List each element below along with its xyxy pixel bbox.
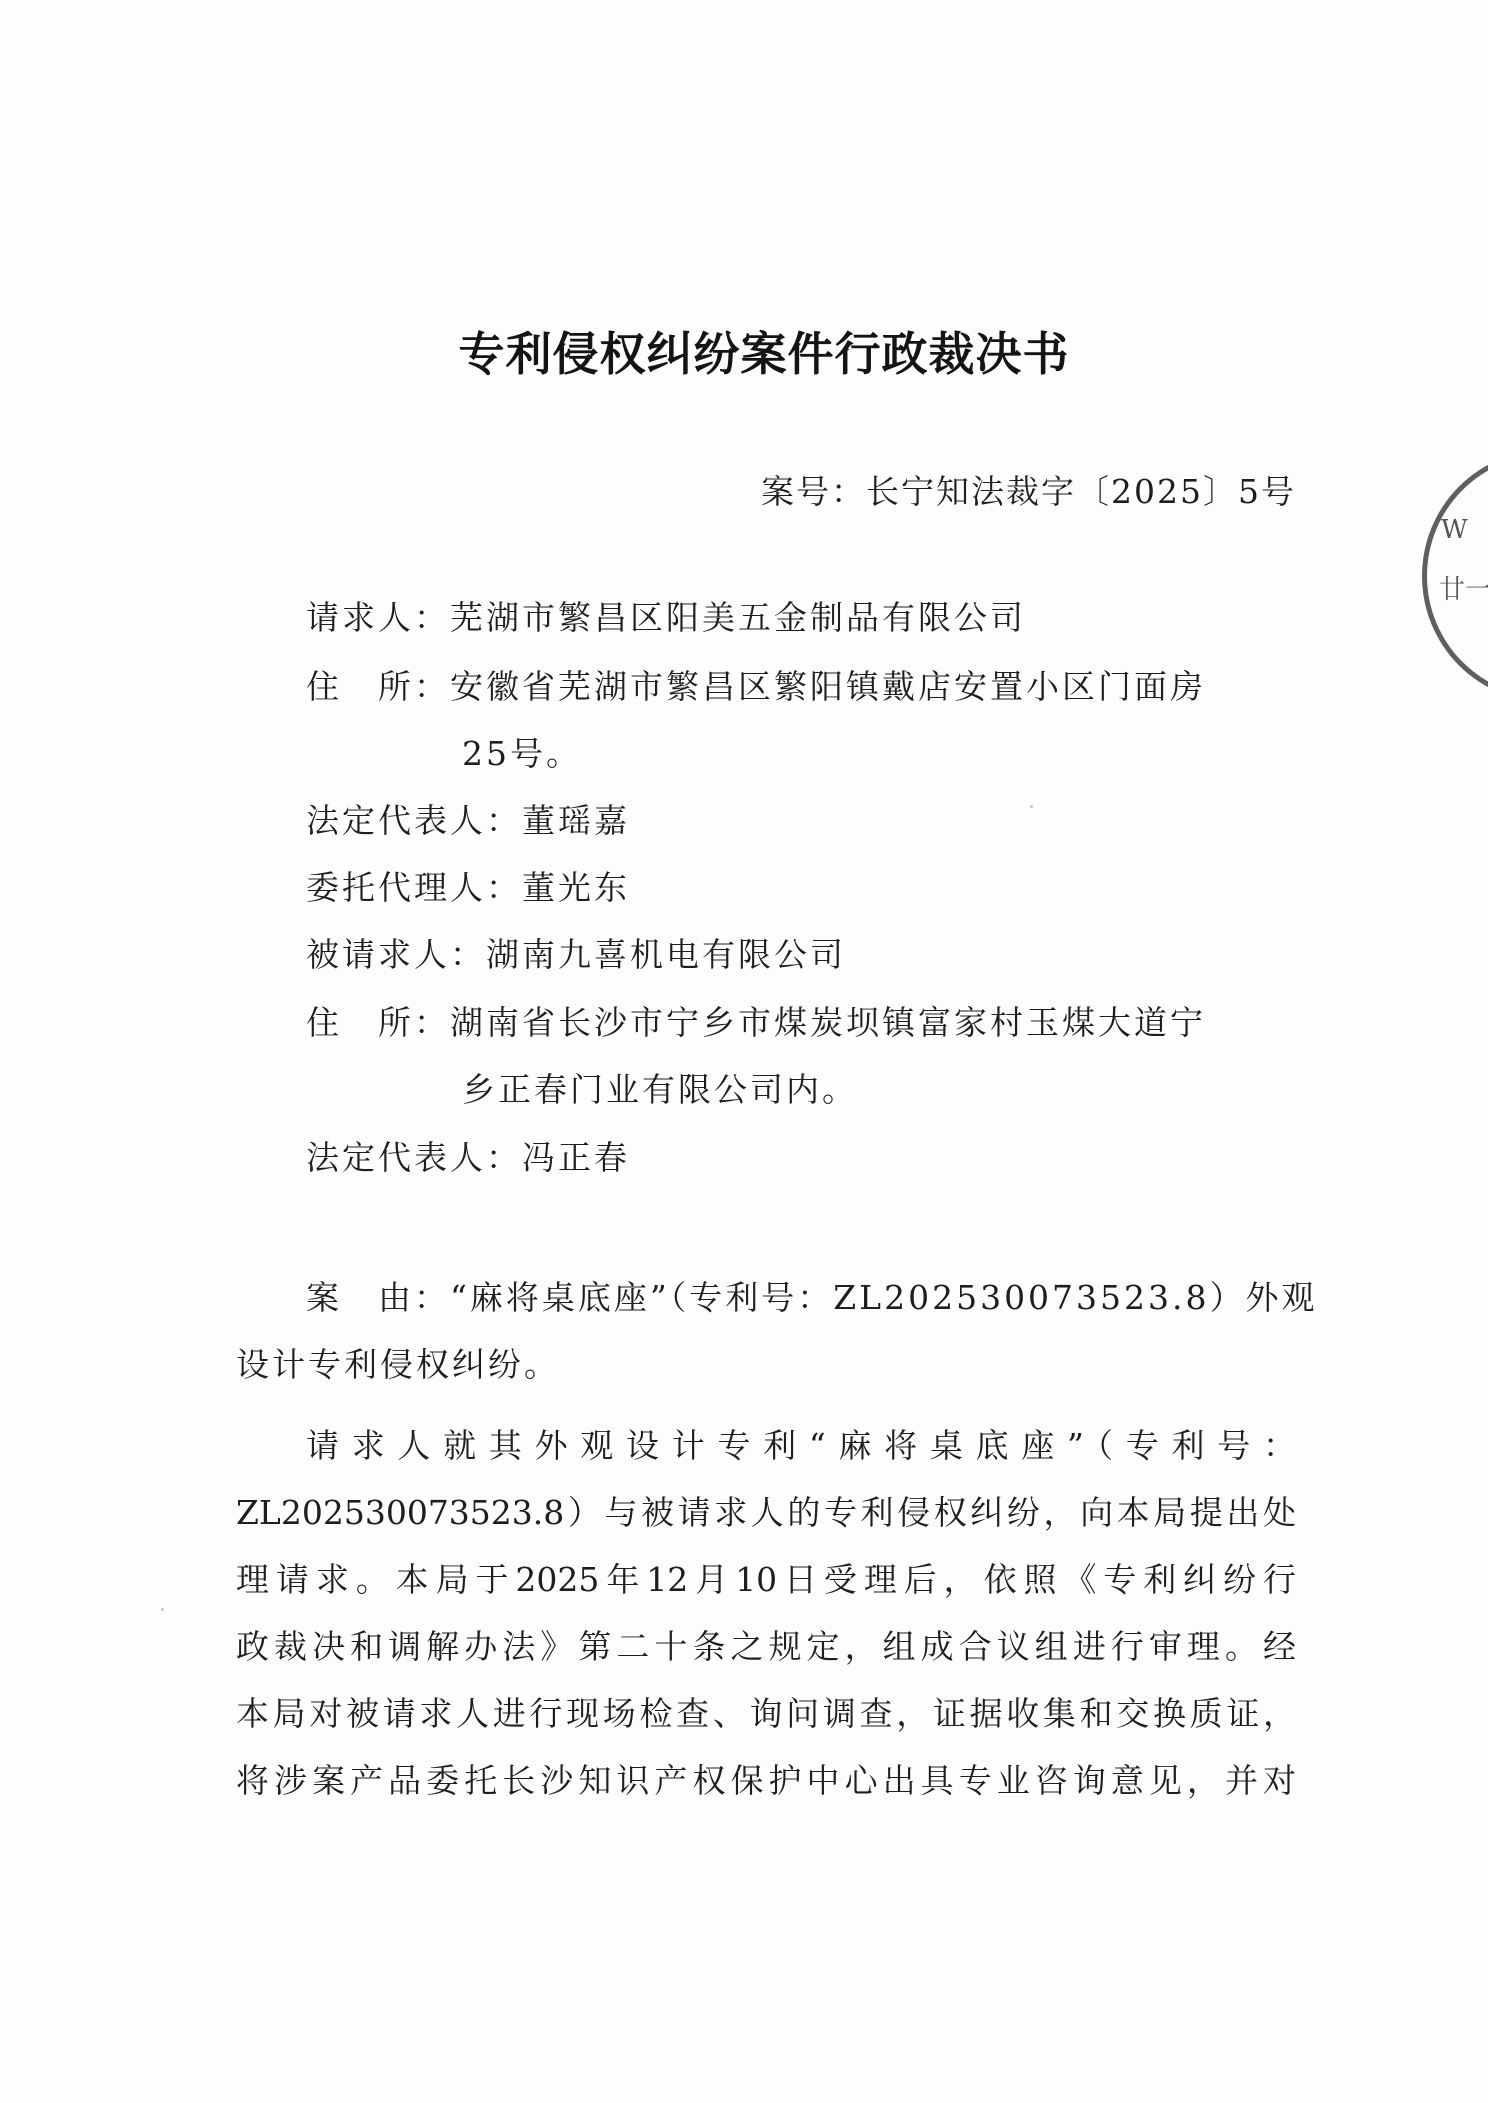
party-respondent-address-cont: 乡正春门业有限公司内。 — [462, 1070, 858, 1110]
party-label: 委托代理人： — [306, 868, 522, 908]
document-page: 专利侵权纠纷案件行政裁决书 案号：长宁知法裁字〔2025〕5号 W 廿一 请求人… — [0, 0, 1488, 2103]
official-seal-stamp: W 廿一 — [1422, 450, 1488, 702]
body-line: 政裁决和调解办法》第二十条之规定，组成合议组进行审理。经 — [236, 1613, 1296, 1680]
party-label: 被请求人： — [306, 935, 486, 975]
case-cause-line-1: 案 由：“麻将桌底座”（专利号：ZL202530073523.8）外观 — [306, 1278, 1318, 1318]
scan-speck — [161, 1608, 164, 1611]
party-applicant-address: 住 所：安徽省芜湖市繁昌区繁阳镇戴店安置小区门面房 — [306, 667, 1206, 707]
party-label: 请求人： — [306, 598, 450, 638]
party-value: 董瑶嘉 — [522, 801, 630, 840]
document-title: 专利侵权纠纷案件行政裁决书 — [0, 318, 1488, 384]
case-number: 案号：长宁知法裁字〔2025〕5号 — [761, 466, 1296, 513]
party-respondent-legal-rep: 法定代表人：冯正春 — [306, 1138, 630, 1178]
party-label: 法定代表人： — [306, 801, 522, 841]
party-value: 芜湖市繁昌区阳美五金制品有限公司 — [450, 598, 1026, 637]
party-value: 冯正春 — [522, 1138, 630, 1177]
party-applicant-legal-rep: 法定代表人：董瑶嘉 — [306, 801, 630, 841]
party-value: 湖南省长沙市宁乡市煤炭坝镇富家村玉煤大道宁 — [450, 1003, 1206, 1042]
body-paragraph: 请求人就其外观设计专利“麻将桌底座”（专利号： ZL202530073523.8… — [236, 1412, 1296, 1814]
body-line: ZL202530073523.8）与被请求人的专利侵权纠纷，向本局提出处 — [236, 1479, 1296, 1546]
party-value: 安徽省芜湖市繁昌区繁阳镇戴店安置小区门面房 — [450, 667, 1206, 706]
party-respondent: 被请求人：湖南九喜机电有限公司 — [306, 935, 846, 975]
body-line: 本局对被请求人进行现场检查、询问调查，证据收集和交换质证， — [236, 1680, 1296, 1747]
body-line: 请求人就其外观设计专利“麻将桌底座”（专利号： — [236, 1412, 1296, 1479]
party-label: 法定代表人： — [306, 1138, 522, 1178]
cause-label: 案 由： — [306, 1278, 450, 1318]
body-line: 理请求。本局于2025年12月10日受理后，依照《专利纠纷行 — [236, 1546, 1296, 1613]
scan-speck — [1030, 805, 1033, 808]
party-label: 住 所： — [306, 1003, 450, 1043]
seal-text-top: W — [1441, 515, 1468, 545]
party-applicant: 请求人：芜湖市繁昌区阳美五金制品有限公司 — [306, 598, 1026, 638]
party-value: 湖南九喜机电有限公司 — [486, 935, 846, 974]
body-line: 将涉案产品委托长沙知识产权保护中心出具专业咨询意见，并对 — [236, 1747, 1296, 1814]
party-applicant-address-cont: 25号。 — [462, 734, 582, 774]
party-label: 住 所： — [306, 667, 450, 707]
party-agent: 委托代理人：董光东 — [306, 868, 630, 908]
seal-text-mid: 廿一 — [1439, 569, 1488, 606]
party-respondent-address: 住 所：湖南省长沙市宁乡市煤炭坝镇富家村玉煤大道宁 — [306, 1003, 1206, 1043]
case-cause-line-2: 设计专利侵权纠纷。 — [236, 1345, 560, 1385]
party-value: 董光东 — [522, 868, 630, 907]
cause-text: “麻将桌底座”（专利号：ZL202530073523.8）外观 — [450, 1278, 1318, 1317]
